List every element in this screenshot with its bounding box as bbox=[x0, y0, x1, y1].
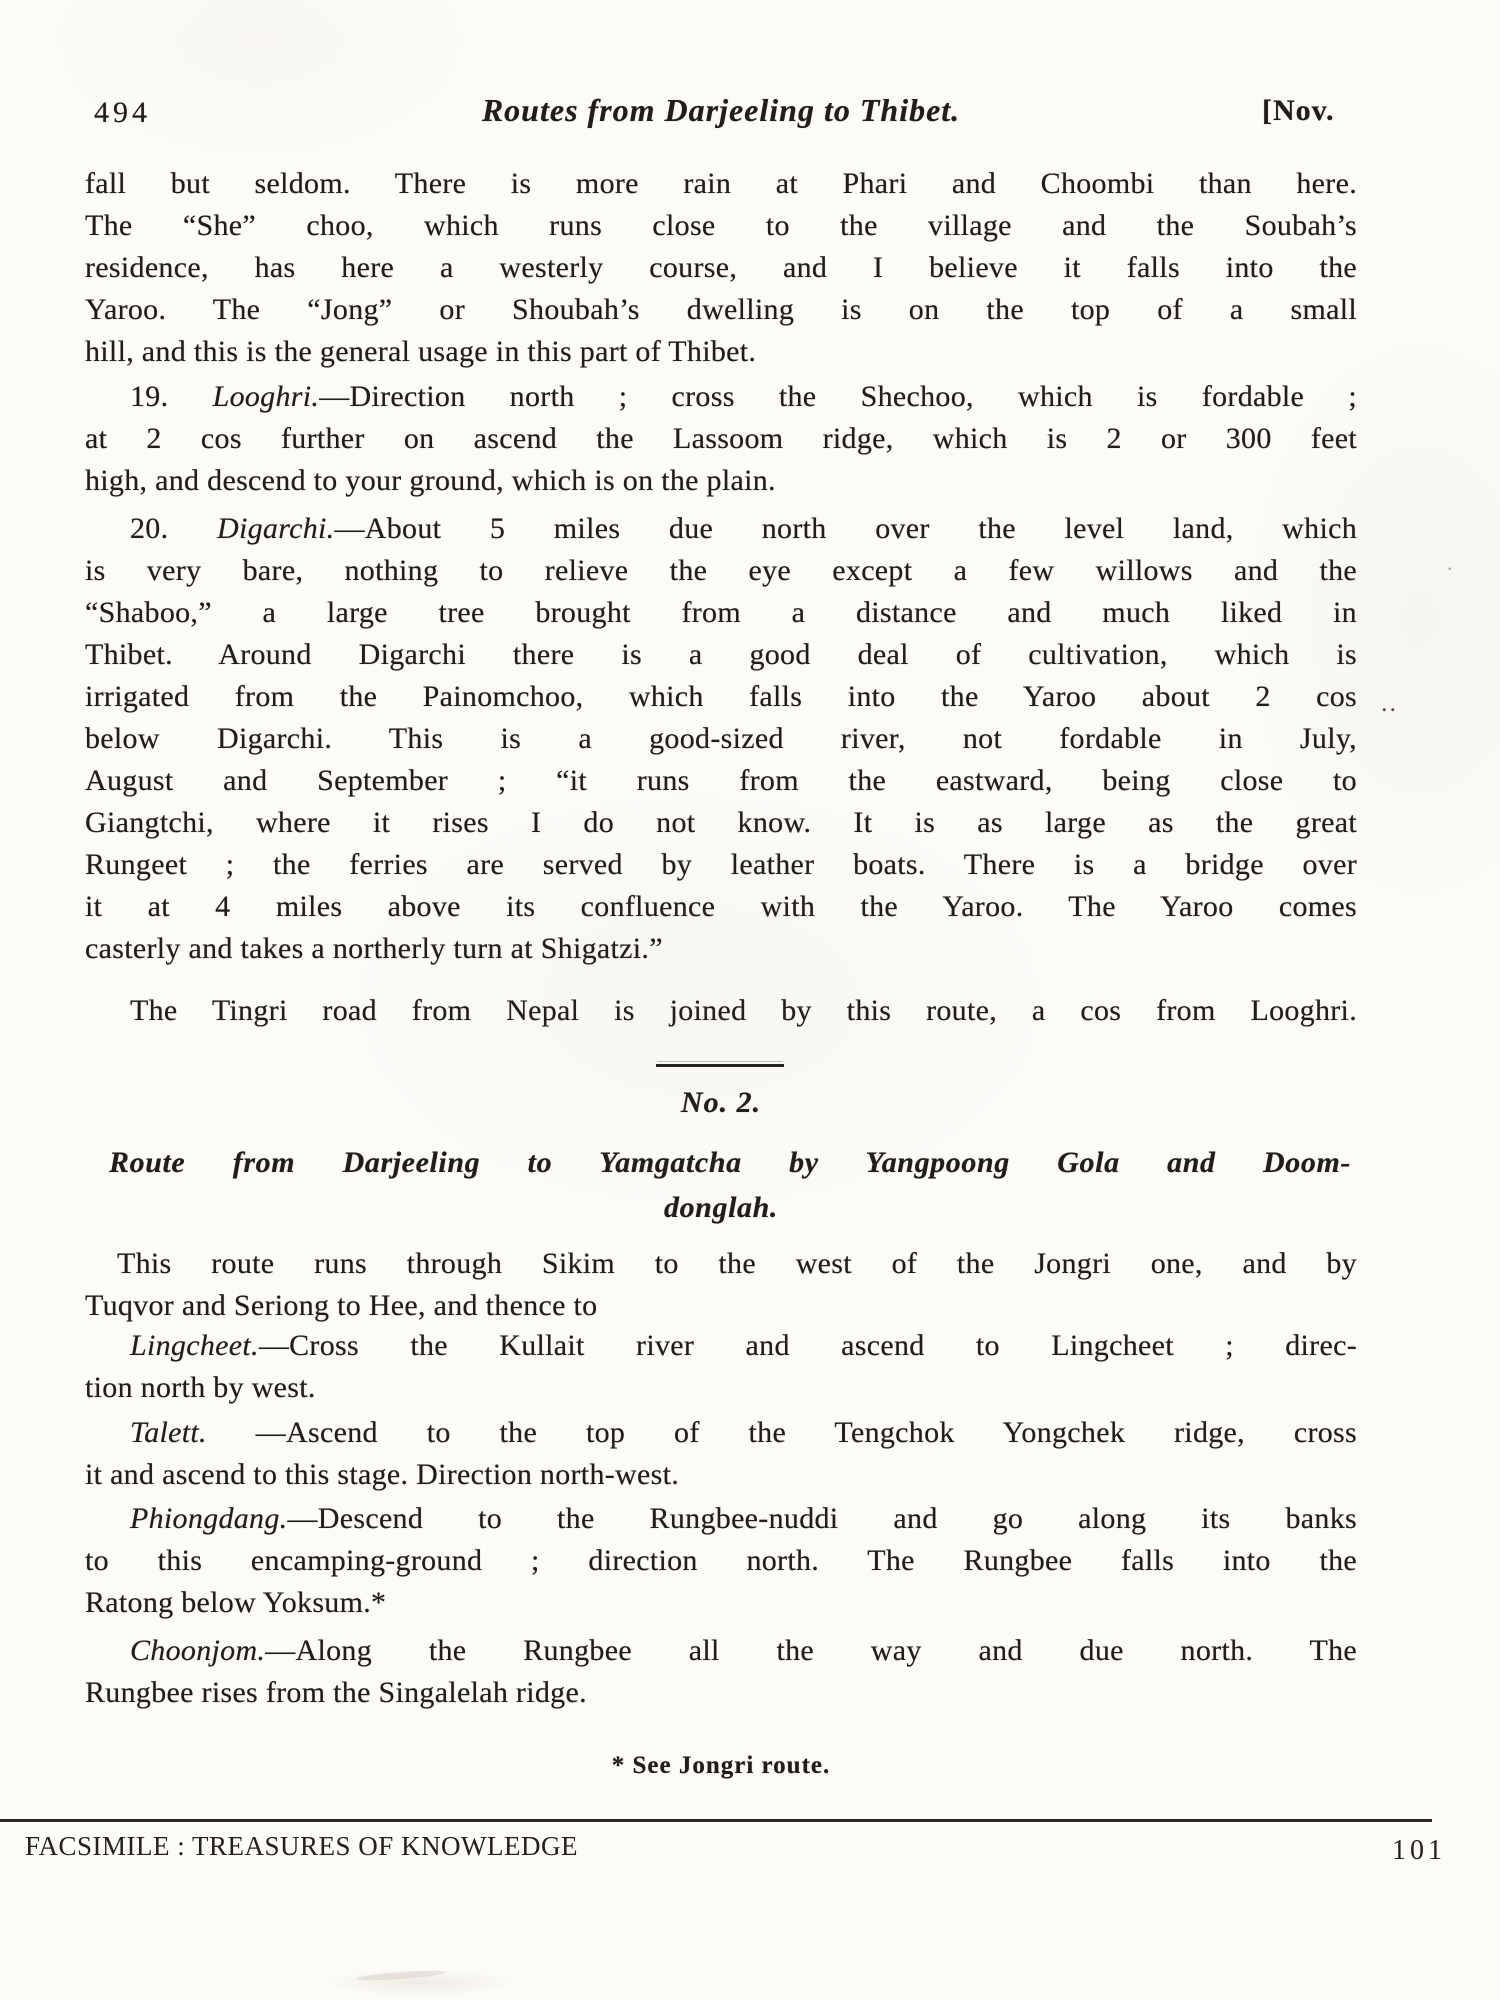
text-line: Tuqvor and Seriong to Hee, and thence to bbox=[85, 1285, 1357, 1327]
text-segment: tion north by west. bbox=[85, 1371, 316, 1404]
text-segment: to this encamping-ground ; direction nor… bbox=[85, 1544, 1357, 1577]
text-segment: This route runs through Sikim to the wes… bbox=[117, 1247, 1357, 1280]
stage-name: Choonjom. bbox=[130, 1634, 265, 1667]
header-date-label: [Nov. bbox=[1262, 94, 1335, 128]
para-talett: Talett. —Ascend to the top of the Tengch… bbox=[85, 1412, 1357, 1496]
text-segment: Giangtchi, where it rises I do not know.… bbox=[85, 806, 1357, 839]
para-lingcheet: Lingcheet.—Cross the Kullait river and a… bbox=[85, 1325, 1357, 1409]
para-this-route: This route runs through Sikim to the wes… bbox=[85, 1243, 1357, 1327]
text-line: “Shaboo,” a large tree brought from a di… bbox=[85, 592, 1357, 634]
text-segment: —Direction north ; cross the Shechoo, wh… bbox=[319, 380, 1357, 413]
text-line: Giangtchi, where it rises I do not know.… bbox=[85, 802, 1357, 844]
text-line: it at 4 miles above its confluence with … bbox=[85, 886, 1357, 928]
margin-dot-mark: . bbox=[1447, 550, 1453, 576]
text-line: high, and descend to your ground, which … bbox=[85, 460, 1357, 502]
section-heading-line2: donglah. bbox=[85, 1185, 1357, 1230]
text-line: Ratong below Yoksum.* bbox=[85, 1582, 1357, 1624]
text-segment: Tuqvor and Seriong to Hee, and thence to bbox=[85, 1289, 597, 1322]
text-line: 19. Looghri.—Direction north ; cross the… bbox=[85, 376, 1357, 418]
section-number: No. 2. bbox=[85, 1086, 1357, 1120]
para-tingri-road: The Tingri road from Nepal is joined by … bbox=[85, 990, 1357, 1032]
text-segment: fall but seldom. There is more rain at P… bbox=[85, 167, 1357, 200]
footer-page-number: 101 bbox=[1392, 1835, 1446, 1867]
text-segment: is very bare, nothing to relieve the eye… bbox=[85, 554, 1357, 587]
text-line: The “She” choo, which runs close to the … bbox=[85, 205, 1357, 247]
text-segment: August and September ; “it runs from the… bbox=[85, 764, 1357, 797]
stage-name: Talett. bbox=[130, 1416, 207, 1449]
text-line: Choonjom.—Along the Rungbee all the way … bbox=[85, 1630, 1357, 1672]
text-segment: “Shaboo,” a large tree brought from a di… bbox=[85, 596, 1357, 629]
text-line: irrigated from the Painomchoo, which fal… bbox=[85, 676, 1357, 718]
text-line: fall but seldom. There is more rain at P… bbox=[85, 163, 1357, 205]
text-segment: Rungeet ; the ferries are served by leat… bbox=[85, 848, 1357, 881]
text-segment: —Ascend to the top of the Tengchok Yongc… bbox=[207, 1416, 1357, 1449]
section-heading-line1: Route from Darjeeling to Yamgatcha by Ya… bbox=[85, 1140, 1357, 1185]
text-line: at 2 cos further on ascend the Lassoom r… bbox=[85, 418, 1357, 460]
text-line: hill, and this is the general usage in t… bbox=[85, 331, 1357, 373]
para-19-looghri: 19. Looghri.—Direction north ; cross the… bbox=[85, 376, 1357, 502]
text-segment: below Digarchi. This is a good-sized riv… bbox=[85, 722, 1357, 755]
stage-name: Looghri. bbox=[213, 380, 320, 413]
footer-label: FACSIMILE : TREASURES OF KNOWLEDGE bbox=[25, 1831, 578, 1862]
para-phiongdang: Phiongdang.—Descend to the Rungbee-nuddi… bbox=[85, 1498, 1357, 1624]
text-segment: —Along the Rungbee all the way and due n… bbox=[265, 1634, 1357, 1667]
text-line: The Tingri road from Nepal is joined by … bbox=[85, 990, 1357, 1032]
section-divider-rule bbox=[656, 1064, 784, 1067]
text-segment: Rungbee rises from the Singalelah ridge. bbox=[85, 1676, 587, 1709]
text-line: casterly and takes a northerly turn at S… bbox=[85, 928, 1357, 970]
text-line: This route runs through Sikim to the wes… bbox=[85, 1243, 1357, 1285]
text-segment: at 2 cos further on ascend the Lassoom r… bbox=[85, 422, 1357, 455]
text-line: August and September ; “it runs from the… bbox=[85, 760, 1357, 802]
text-segment: casterly and takes a northerly turn at S… bbox=[85, 932, 663, 965]
scan-smudge bbox=[356, 1969, 446, 1982]
text-segment: it and ascend to this stage. Direction n… bbox=[85, 1458, 679, 1491]
text-line: Thibet. Around Digarchi there is a good … bbox=[85, 634, 1357, 676]
text-line: below Digarchi. This is a good-sized riv… bbox=[85, 718, 1357, 760]
stage-name: Digarchi. bbox=[217, 512, 334, 545]
text-line: Talett. —Ascend to the top of the Tengch… bbox=[85, 1412, 1357, 1454]
text-line: 20. Digarchi.—About 5 miles due north ov… bbox=[85, 508, 1357, 550]
text-line: to this encamping-ground ; direction nor… bbox=[85, 1540, 1357, 1582]
text-segment: The “She” choo, which runs close to the … bbox=[85, 209, 1357, 242]
para-20-digarchi: 20. Digarchi.—About 5 miles due north ov… bbox=[85, 508, 1357, 970]
text-line: Phiongdang.—Descend to the Rungbee-nuddi… bbox=[85, 1498, 1357, 1540]
text-line: is very bare, nothing to relieve the eye… bbox=[85, 550, 1357, 592]
para-fall-but-seldom: fall but seldom. There is more rain at P… bbox=[85, 163, 1357, 373]
text-segment: Ratong below Yoksum.* bbox=[85, 1586, 386, 1619]
stage-name: Phiongdang. bbox=[130, 1502, 287, 1535]
margin-dots-mark: .. bbox=[1381, 688, 1398, 718]
text-line: residence, has here a westerly course, a… bbox=[85, 247, 1357, 289]
text-line: it and ascend to this stage. Direction n… bbox=[85, 1454, 1357, 1496]
text-segment: residence, has here a westerly course, a… bbox=[85, 251, 1357, 284]
stage-name: Lingcheet. bbox=[130, 1329, 259, 1362]
text-line: Rungeet ; the ferries are served by leat… bbox=[85, 844, 1357, 886]
text-segment: 20. bbox=[130, 512, 217, 545]
footer-rule bbox=[0, 1819, 1432, 1822]
footnote: * See Jongri route. bbox=[85, 1752, 1357, 1780]
text-segment: 19. bbox=[130, 380, 213, 413]
text-line: Lingcheet.—Cross the Kullait river and a… bbox=[85, 1325, 1357, 1367]
text-line: tion north by west. bbox=[85, 1367, 1357, 1409]
text-segment: The Tingri road from Nepal is joined by … bbox=[130, 994, 1357, 1027]
text-line: Yaroo. The “Jong” or Shoubah’s dwelling … bbox=[85, 289, 1357, 331]
text-segment: —About 5 miles due north over the level … bbox=[334, 512, 1357, 545]
text-segment: Yaroo. The “Jong” or Shoubah’s dwelling … bbox=[85, 293, 1357, 326]
running-title: Routes from Darjeeling to Thibet. bbox=[85, 92, 1357, 129]
text-segment: high, and descend to your ground, which … bbox=[85, 464, 776, 497]
text-line: Rungbee rises from the Singalelah ridge. bbox=[85, 1672, 1357, 1714]
text-segment: irrigated from the Painomchoo, which fal… bbox=[85, 680, 1357, 713]
text-segment: Thibet. Around Digarchi there is a good … bbox=[85, 638, 1357, 671]
text-segment: —Cross the Kullait river and ascend to L… bbox=[259, 1329, 1357, 1362]
text-segment: hill, and this is the general usage in t… bbox=[85, 335, 756, 368]
para-choonjom: Choonjom.—Along the Rungbee all the way … bbox=[85, 1630, 1357, 1714]
scanned-book-page: 494 Routes from Darjeeling to Thibet. [N… bbox=[0, 0, 1500, 2000]
text-segment: it at 4 miles above its confluence with … bbox=[85, 890, 1357, 923]
text-segment: —Descend to the Rungbee-nuddi and go alo… bbox=[287, 1502, 1357, 1535]
